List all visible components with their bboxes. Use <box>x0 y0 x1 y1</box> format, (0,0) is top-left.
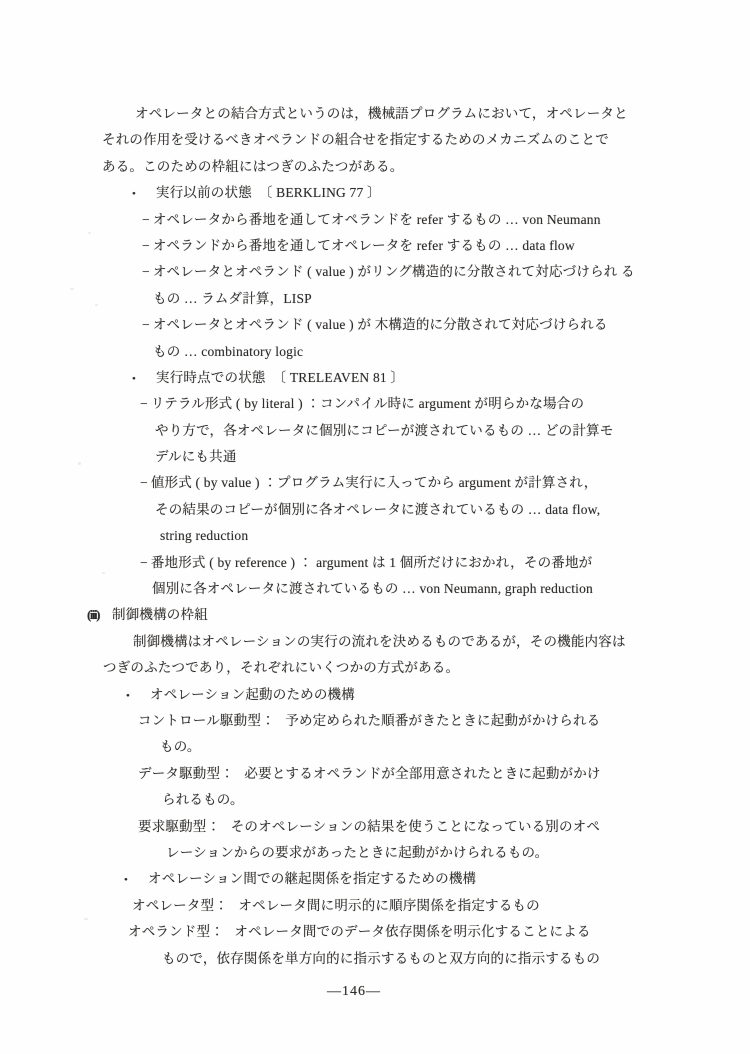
scan-artifact <box>88 232 91 234</box>
text-line: その結果のコピーが個別に各オペレータに渡されているもの … data flow, <box>155 497 690 523</box>
text-line: オペランド型 ： オペレータ間でのデータ依存関係を明示化することによる <box>128 919 690 945</box>
line-text: 制御機構はオペレーションの実行の流れを決めるものであるが，その機能内容は <box>133 634 626 649</box>
line-text: やり方で，各オペレータに個別にコピーが渡されているもの … どの計算モ <box>155 423 613 438</box>
scan-artifact <box>84 918 88 920</box>
line-text: オペランドから番地を通してオペレータを refer するもの … data fl… <box>153 238 575 253</box>
text-line: もの … ラムダ計算，LISP <box>153 286 690 312</box>
line-text: もの … combinatory logic <box>153 344 303 359</box>
text-line: ある。このための枠組にはつぎのふたつがある。 <box>102 154 690 180</box>
line-text: 実行時点での状態 〔 TRELEAVEN 81 〕 <box>156 370 404 385</box>
line-text: レーションからの要求があったときに起動がかけられるもの。 <box>166 845 548 860</box>
dash-marker: − <box>140 470 148 496</box>
line-text: コントロール駆動型 ： 予め定められた順番がきたときに起動がかけられる <box>138 713 600 728</box>
scan-artifact <box>70 288 74 290</box>
text-line: string reduction <box>160 523 690 549</box>
line-text: オペレータから番地を通してオペランドを refer するもの … von Neu… <box>153 212 601 227</box>
text-line: 個別に各オペレータに渡されているもの … von Neumann, graph … <box>152 576 690 602</box>
line-text: 番地形式 ( by reference ) ： argument は 1 個所だ… <box>151 555 593 570</box>
line-text: オペランド型 ： オペレータ間でのデータ依存関係を明示化することによる <box>128 924 591 939</box>
bullet-icon: • <box>132 181 156 207</box>
line-text: 要求駆動型 ： そのオペレーションの結果を使うことになっている別のオペ <box>138 819 600 834</box>
text-line: オペレータ型 ： オペレータ間に明示的に順序関係を指定するもの <box>132 893 690 919</box>
text-line: •オペレーション起動のための機構 <box>126 682 690 708</box>
line-text: もの … ラムダ計算，LISP <box>153 291 312 306</box>
text-line: デルにも共通 <box>155 444 690 470</box>
text-line: −リテラル形式 ( by literal ) ：コンパイル時に argument… <box>140 391 690 417</box>
text-line: つぎのふたつであり，それぞれにいくつかの方式がある。 <box>103 655 690 681</box>
text-line: やり方で，各オペレータに個別にコピーが渡されているもの … どの計算モ <box>155 418 690 444</box>
text-line: それの作用を受けるべきオペランドの組合せを指定するためのメカニズムのことで <box>102 127 690 153</box>
line-text: その結果のコピーが個別に各オペレータに渡されているもの … data flow, <box>155 502 600 517</box>
document-body: オペレータとの結合方式というのは，機械語プログラムにおいて，オペレータとそれの作… <box>100 101 690 972</box>
line-text: ある。このための枠組にはつぎのふたつがある。 <box>102 159 403 174</box>
text-line: コントロール駆動型 ： 予め定められた順番がきたときに起動がかけられる <box>138 708 690 734</box>
document-page: オペレータとの結合方式というのは，機械語プログラムにおいて，オペレータとそれの作… <box>0 0 750 1054</box>
text-line: 制御機構はオペレーションの実行の流れを決めるものであるが，その機能内容は <box>133 629 690 655</box>
bullet-icon: • <box>124 867 148 893</box>
text-line: オペレータとの結合方式というのは，機械語プログラムにおいて，オペレータと <box>135 101 690 127</box>
line-text: オペレーション間での継起関係を指定するための機構 <box>148 871 476 886</box>
line-text: 実行以前の状態 〔 BERKLING 77 〕 <box>156 185 381 200</box>
line-text: リテラル形式 ( by literal ) ：コンパイル時に argument … <box>151 396 584 411</box>
line-text: データ駆動型 ： 必要とするオペランドが全部用意されたときに起動がかけ <box>138 766 601 781</box>
line-text: string reduction <box>160 528 248 543</box>
line-text: もので，依存関係を単方向的に指示するものと双方向的に指示するもの <box>162 951 600 966</box>
line-text: オペレータとの結合方式というのは，機械語プログラムにおいて，オペレータと <box>135 106 628 121</box>
scan-artifact <box>78 462 81 465</box>
dash-marker: − <box>142 312 150 338</box>
line-text: オペレータとオペランド ( value ) がリング構造的に分散されて対応づけら… <box>153 264 635 279</box>
text-line: もので，依存関係を単方向的に指示するものと双方向的に指示するもの <box>162 946 690 972</box>
text-line: レーションからの要求があったときに起動がかけられるもの。 <box>166 840 690 866</box>
line-text: オペレーション起動のための機構 <box>150 687 355 702</box>
line-text: それの作用を受けるべきオペランドの組合せを指定するためのメカニズムのことで <box>102 132 609 147</box>
line-text: デルにも共通 <box>155 449 237 464</box>
dash-marker: − <box>140 391 148 417</box>
text-line: •実行以前の状態 〔 BERKLING 77 〕 <box>132 180 690 206</box>
page-number: —146— <box>0 984 729 1000</box>
text-line: −オペレータから番地を通してオペランドを refer するもの … von Ne… <box>142 207 690 233</box>
scan-artifact <box>95 304 98 306</box>
text-line: −オペレータとオペランド ( value ) がリング構造的に分散されて対応づけ… <box>142 259 690 285</box>
line-text: 個別に各オペレータに渡されているもの … von Neumann, graph … <box>152 581 593 596</box>
dash-marker: − <box>140 550 148 576</box>
dash-marker: − <box>142 259 150 285</box>
line-text: もの。 <box>160 739 201 754</box>
text-line: (iii)制御機構の枠組 <box>87 602 690 628</box>
dash-marker: − <box>142 207 150 233</box>
text-line: −オペランドから番地を通してオペレータを refer するもの … data f… <box>142 233 690 259</box>
dash-marker: − <box>142 233 150 259</box>
line-text: 値形式 ( by value ) ：プログラム実行に入ってから argument… <box>151 475 598 490</box>
line-text: オペレータ型 ： オペレータ間に明示的に順序関係を指定するもの <box>132 898 540 913</box>
section-label: (iii) <box>87 602 99 628</box>
text-line: られるもの。 <box>162 787 690 813</box>
text-line: −値形式 ( by value ) ：プログラム実行に入ってから argumen… <box>140 470 690 496</box>
text-line: もの … combinatory logic <box>153 339 690 365</box>
text-line: 要求駆動型 ： そのオペレーションの結果を使うことになっている別のオペ <box>138 814 690 840</box>
text-line: •オペレーション間での継起関係を指定するための機構 <box>124 866 690 892</box>
line-text: 制御機構の枠組 <box>112 607 208 622</box>
text-line: −番地形式 ( by reference ) ： argument は 1 個所… <box>140 550 690 576</box>
line-text: オペレータとオペランド ( value ) が 木構造的に分散されて対応づけられ… <box>153 317 608 332</box>
text-line: もの。 <box>160 734 690 760</box>
text-line: •実行時点での状態 〔 TRELEAVEN 81 〕 <box>132 365 690 391</box>
bullet-icon: • <box>132 366 156 392</box>
line-text: られるもの。 <box>162 792 244 807</box>
text-line: −オペレータとオペランド ( value ) が 木構造的に分散されて対応づけら… <box>142 312 690 338</box>
line-text: つぎのふたつであり，それぞれにいくつかの方式がある。 <box>103 660 459 675</box>
bullet-icon: • <box>126 683 150 709</box>
text-line: データ駆動型 ： 必要とするオペランドが全部用意されたときに起動がかけ <box>138 761 690 787</box>
